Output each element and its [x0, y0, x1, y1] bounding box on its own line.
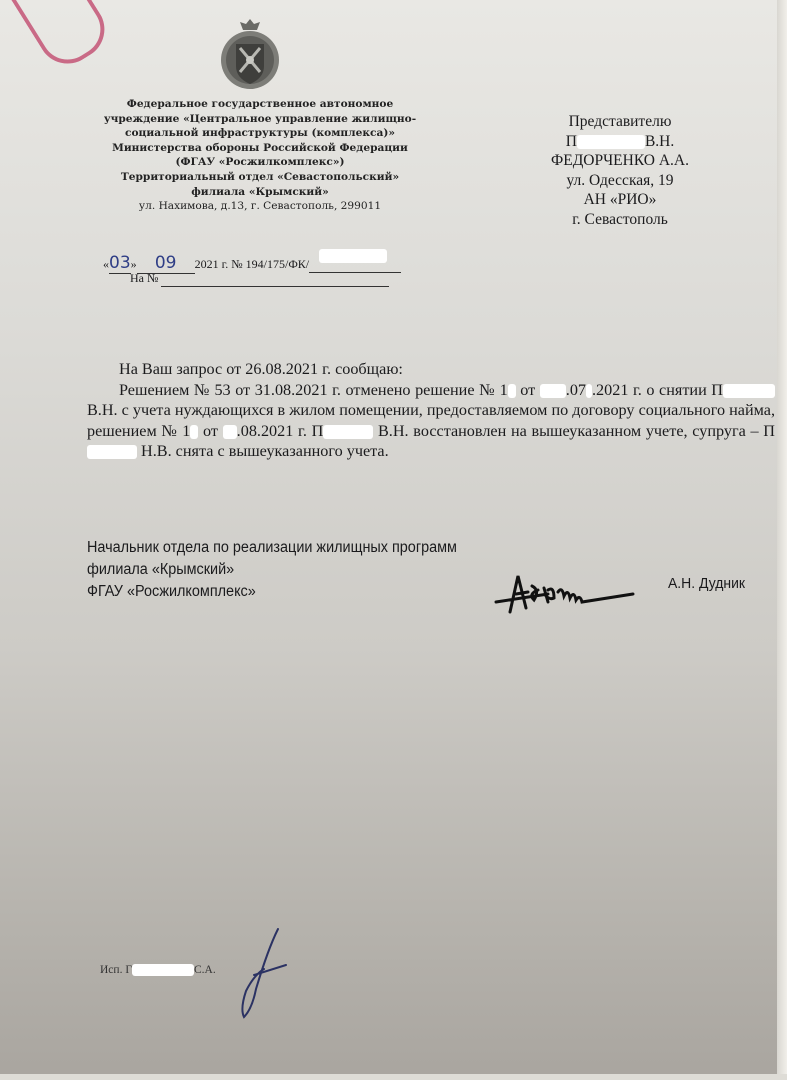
executor-signature-icon: [230, 925, 300, 1020]
redaction: [540, 384, 566, 398]
org-line: филиала «Крымский»: [100, 185, 420, 200]
organization-header: Федеральное государственное автономное у…: [100, 97, 420, 214]
recipient-agency: АН «РИО»: [520, 190, 720, 210]
signatory-name: А.Н. Дудник: [668, 575, 745, 592]
outgoing-number: 2021 г. № 194/175/ФК/: [195, 257, 310, 271]
signatory-line: ФГАУ «Росжилкомплекс»: [87, 581, 457, 603]
redaction: [132, 964, 194, 976]
redaction: [323, 425, 373, 439]
recipient-city: г. Севастополь: [520, 210, 720, 230]
redaction: [723, 384, 775, 398]
org-line: учреждение «Центральное управление жилищ…: [100, 112, 420, 127]
recipient-name: ФЕДОРЧЕНКО А.А.: [520, 151, 720, 171]
signatory-line: филиала «Крымский»: [87, 559, 457, 581]
redaction: [223, 425, 237, 439]
executor-line: Исп. ГС.А.: [100, 964, 216, 976]
recipient-block: Представителю ПВ.Н. ФЕДОРЧЕНКО А.А. ул. …: [520, 112, 720, 229]
recipient-name-redacted: ПВ.Н.: [520, 132, 720, 152]
recipient-street: ул. Одесская, 19: [520, 171, 720, 191]
letter-body: На Ваш запрос от 26.08.2021 г. сообщаю: …: [87, 359, 775, 462]
org-address: ул. Нахимова, д.13, г. Севастополь, 2990…: [100, 199, 420, 214]
handwritten-month: 09: [155, 253, 177, 273]
org-line: (ФГАУ «Росжилкомплекс»): [100, 155, 420, 170]
paperclip-icon: [8, 0, 115, 75]
redaction: [87, 445, 137, 459]
redaction: [577, 135, 645, 149]
handwritten-day: 03: [109, 253, 131, 274]
recipient-title: Представителю: [520, 112, 720, 132]
reference-number-line: На №: [130, 271, 389, 287]
paper-edge: [777, 0, 787, 1080]
signatory-title: Начальник отдела по реализации жилищных …: [87, 537, 457, 603]
org-line: Федеральное государственное автономное: [100, 97, 420, 112]
coat-of-arms-icon: [218, 18, 282, 92]
org-line: социальной инфраструктуры (комплекса)»: [100, 126, 420, 141]
body-paragraph-2: Решением № 53 от 31.08.2021 г. отменено …: [87, 380, 775, 462]
org-line: Территориальный отдел «Севастопольский»: [100, 170, 420, 185]
signatory-line: Начальник отдела по реализации жилищных …: [87, 537, 457, 559]
paper-bottom-edge: [0, 1074, 787, 1080]
redaction: [319, 249, 387, 263]
handwritten-signature-icon: [488, 568, 638, 618]
redaction: [508, 384, 516, 398]
body-paragraph-1: На Ваш запрос от 26.08.2021 г. сообщаю:: [87, 359, 775, 380]
reference-number-field: [161, 271, 389, 287]
org-line: Министерства обороны Российской Федераци…: [100, 141, 420, 156]
